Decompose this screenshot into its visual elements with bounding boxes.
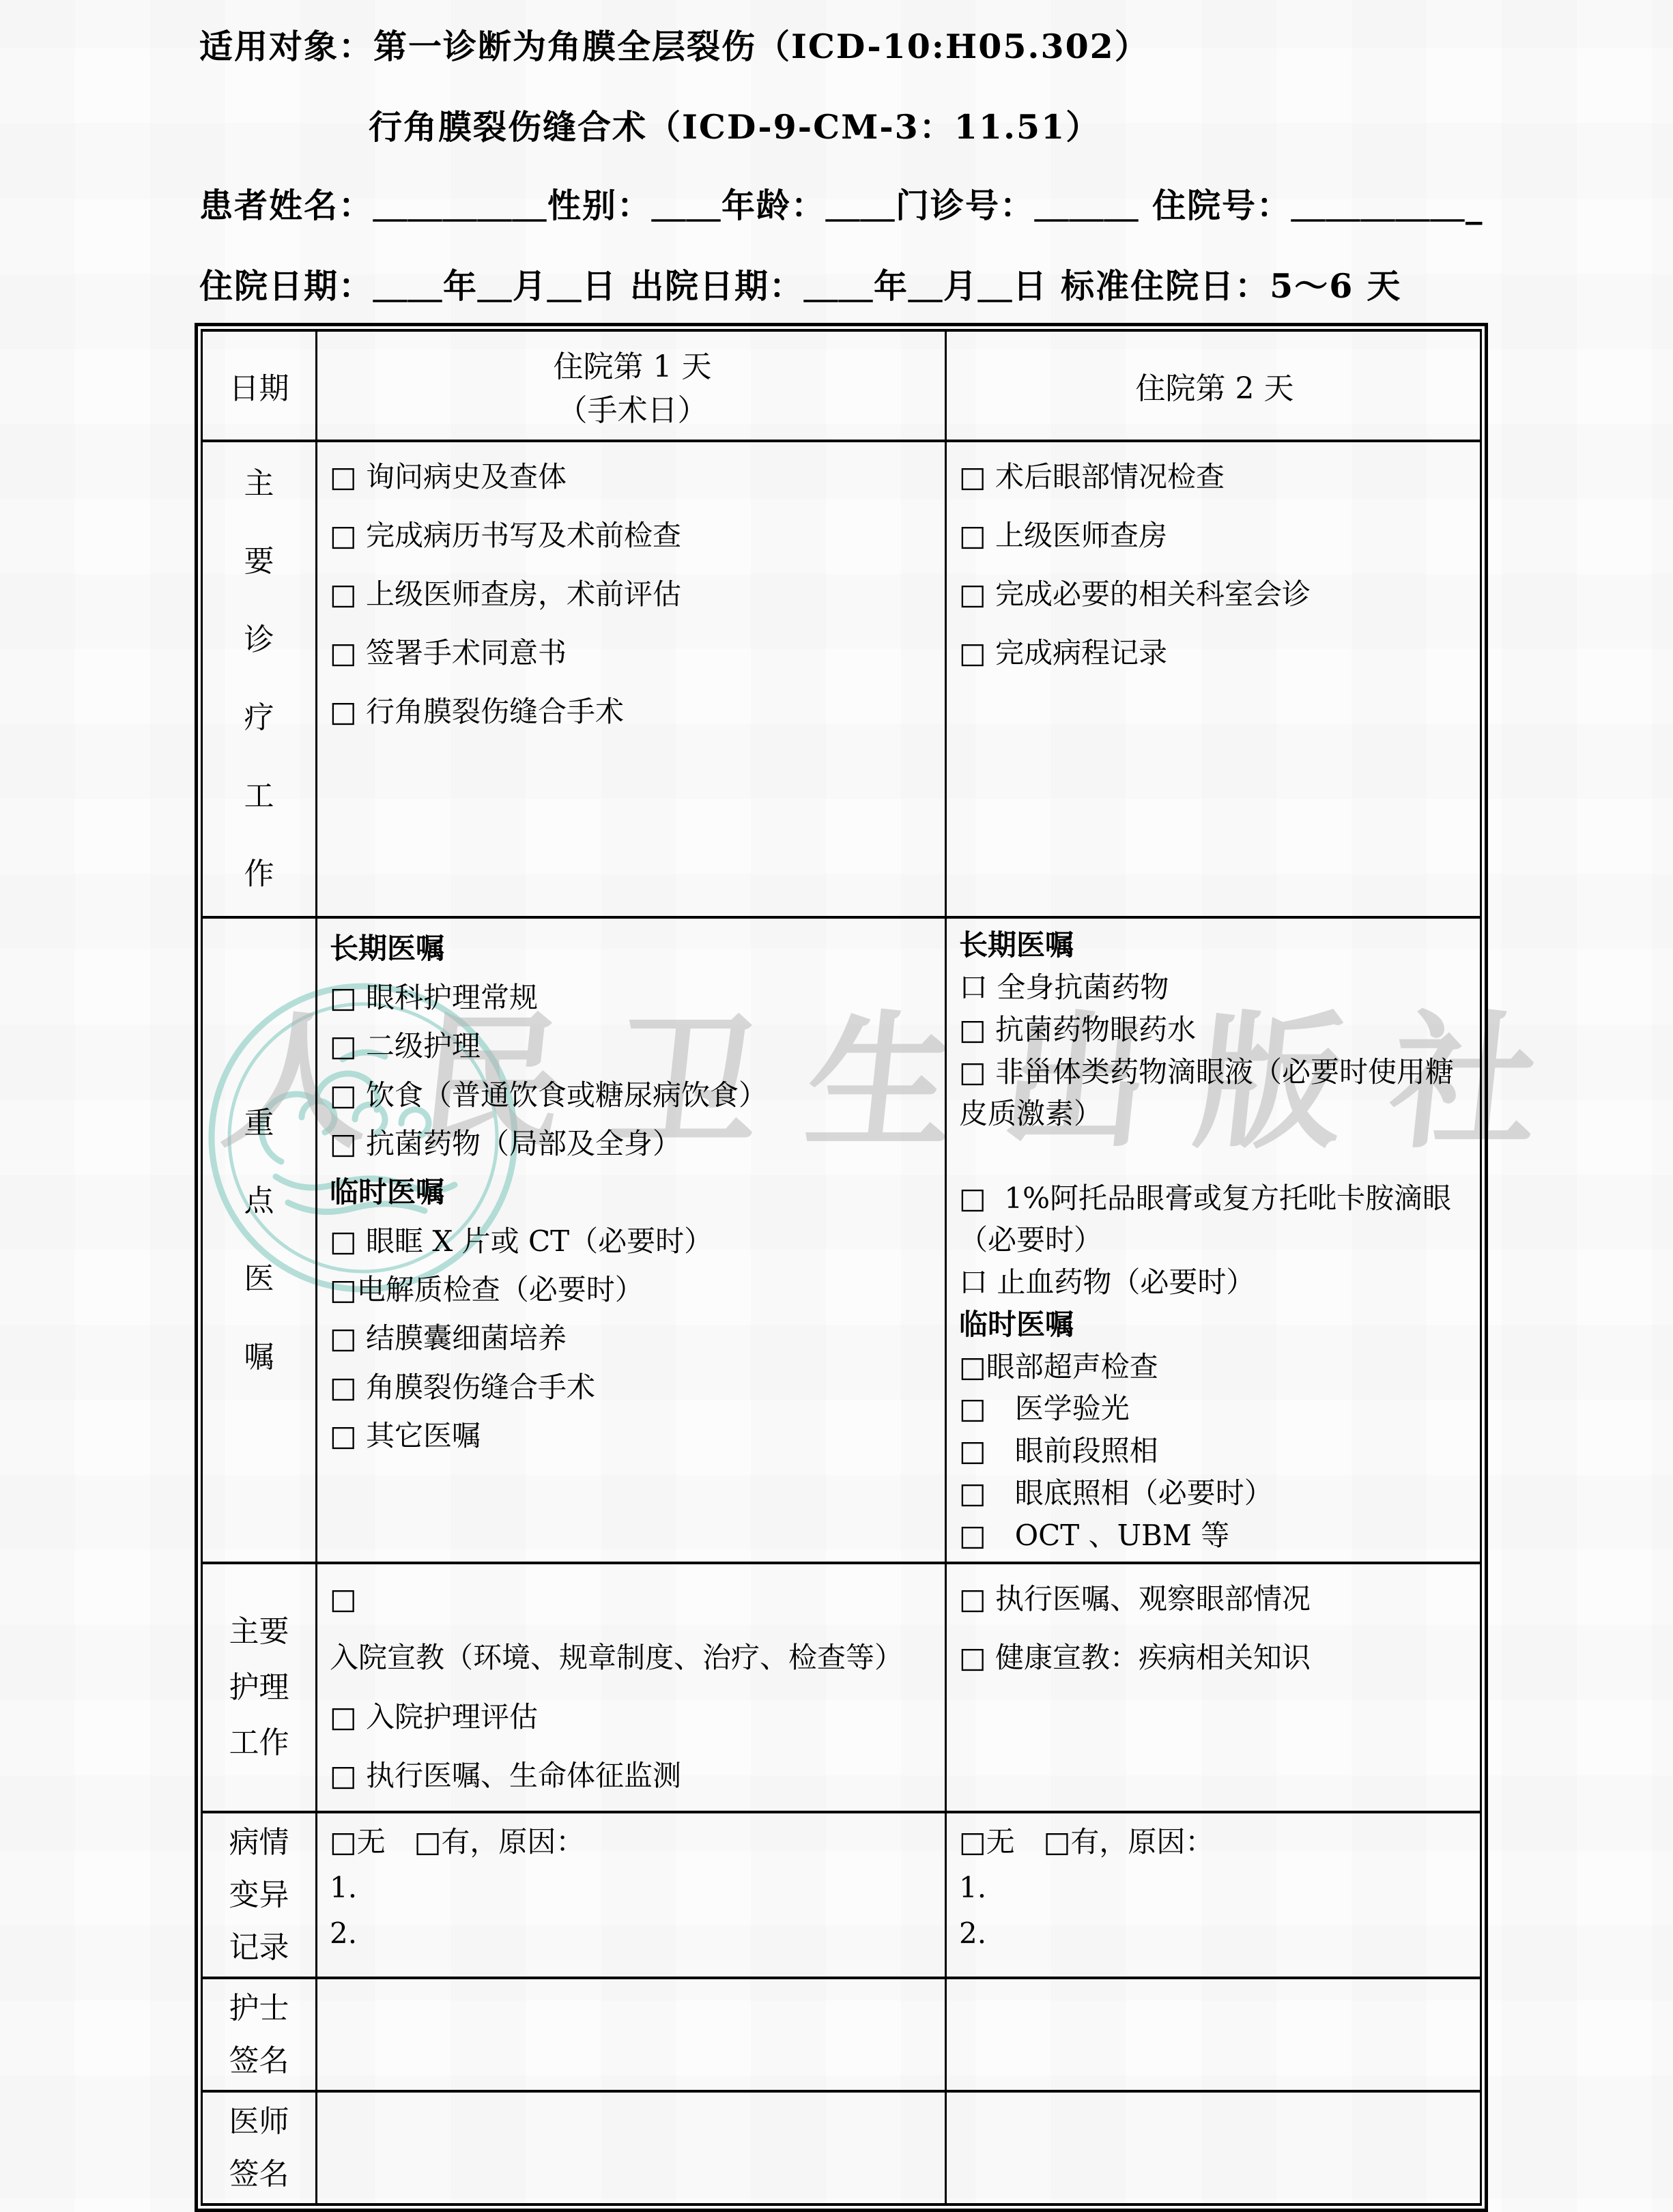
cell-main-treatment-day2: □ 术后眼部情况检查□ 上级医师查房□ 完成必要的相关科室会诊□ 完成病程记录 <box>946 441 1481 917</box>
checkbox-icon[interactable]: □ <box>959 1570 986 1628</box>
checklist-item: □无 □有，原因： <box>330 1819 935 1865</box>
cell-physician-signature-day2[interactable] <box>946 2091 1481 2204</box>
checklist-item: □ 执行医嘱、生命体征监测 <box>330 1747 935 1805</box>
checklist-item: □ 入院宣教（环境、规章制度、治疗、检查等） <box>330 1570 935 1687</box>
checkbox-icon[interactable]: □ <box>959 1346 986 1388</box>
row-label-main-treatment: 主 要 诊 疗 工 作 <box>202 441 317 917</box>
checkbox-icon[interactable]: □ <box>959 1430 986 1472</box>
checkbox-icon[interactable]: □ <box>330 1022 357 1070</box>
checkbox-icon[interactable]: □ <box>330 565 357 624</box>
checklist-item: □ 完成病历书写及术前检查 <box>330 506 935 565</box>
cell-key-orders-day1: 长期医嘱□ 眼科护理常规□ 二级护理□ 饮食（普通饮食或糖尿病饮食）□ 抗菌药物… <box>317 917 946 1563</box>
checkbox-icon[interactable]: □ <box>330 1819 357 1865</box>
checkbox-icon[interactable]: □ <box>959 448 986 506</box>
row-label-variation-record: 病情 变异 记录 <box>202 1812 317 1978</box>
checkbox-icon[interactable]: 口 <box>959 1261 988 1304</box>
checklist-item: 口 全身抗菌药物 <box>959 966 1470 1009</box>
checklist-item: □ 抗菌药物（局部及全身） <box>330 1119 935 1168</box>
checkbox-icon[interactable]: □ <box>959 1514 986 1557</box>
col-header-date: 日期 <box>202 330 317 441</box>
cell-main-treatment-day1: □ 询问病史及查体□ 完成病历书写及术前检查□ 上级医师查房，术前评估□ 签署手… <box>317 441 946 917</box>
cell-nurse-signature-day1[interactable] <box>317 1978 946 2091</box>
row-variation-record: 病情 变异 记录 □无 □有，原因：1.2. □无 □有，原因：1.2. <box>202 1812 1481 1978</box>
pathway-grid: 日期 住院第 1 天 （手术日） 住院第 2 天 主 要 诊 疗 工 作 □ 询… <box>201 329 1482 2206</box>
order-group-header: 长期医嘱 <box>330 924 935 973</box>
cell-key-orders-day2: 长期医嘱口 全身抗菌药物□ 抗菌药物眼药水□ 非甾体类药物滴眼液（必要时使用糖皮… <box>946 917 1481 1563</box>
checklist-item: □ 二级护理 <box>330 1022 935 1070</box>
row-label-nurse-signature: 护士 签名 <box>202 1978 317 2091</box>
order-group-header: 临时医嘱 <box>959 1304 1470 1346</box>
checkbox-icon[interactable]: □ <box>330 448 357 506</box>
checklist-item: □ 医学验光 <box>959 1388 1470 1430</box>
row-key-orders: 重 点 医 嘱 长期医嘱□ 眼科护理常规□ 二级护理□ 饮食（普通饮食或糖尿病饮… <box>202 917 1481 1563</box>
checklist-item: 1. <box>959 1865 1470 1910</box>
row-main-nursing: 主要 护理 工作 □ 入院宣教（环境、规章制度、治疗、检查等）□ 入院护理评估□… <box>202 1563 1481 1811</box>
checklist-item: □ 上级医师查房，术前评估 <box>330 565 935 624</box>
checklist-item: □ 术后眼部情况检查 <box>959 448 1470 506</box>
checklist-item: □ OCT 、UBM 等 <box>959 1514 1470 1557</box>
order-group-header: 临时医嘱 <box>330 1168 935 1216</box>
checkbox-icon[interactable]: □ <box>959 624 986 683</box>
clinical-pathway-table: 日期 住院第 1 天 （手术日） 住院第 2 天 主 要 诊 疗 工 作 □ 询… <box>195 323 1488 2212</box>
checklist-item: 2. <box>959 1910 1470 1956</box>
row-label-physician-signature: 医师 签名 <box>202 2091 317 2204</box>
checklist-item: □ 完成病程记录 <box>959 624 1470 683</box>
checkbox-icon[interactable]: □ <box>959 1472 986 1514</box>
row-label-main-nursing: 主要 护理 工作 <box>202 1563 317 1811</box>
table-header-row: 日期 住院第 1 天 （手术日） 住院第 2 天 <box>202 330 1481 441</box>
checklist-item: □ 执行医嘱、观察眼部情况 <box>959 1570 1470 1628</box>
checklist-item: （必要时） <box>959 1219 1470 1261</box>
checklist-item: □电解质检查（必要时） <box>330 1265 935 1314</box>
checkbox-icon[interactable]: □ <box>330 973 357 1022</box>
col-header-day2: 住院第 2 天 <box>946 330 1481 441</box>
checklist-item: □无 □有，原因： <box>959 1819 1470 1865</box>
checklist-item: □ 抗菌药物眼药水 <box>959 1009 1470 1051</box>
checkbox-icon[interactable]: □ <box>959 1819 986 1865</box>
checkbox-icon[interactable]: □ <box>330 1688 357 1747</box>
checklist-item: □ 行角膜裂伤缝合手术 <box>330 683 935 741</box>
checklist-item <box>959 1135 1470 1177</box>
checkbox-icon[interactable]: □ <box>330 1363 357 1411</box>
cell-variation-day1: □无 □有，原因：1.2. <box>317 1812 946 1978</box>
checklist-item: □ 结膜囊细菌培养 <box>330 1314 935 1362</box>
row-nurse-signature: 护士 签名 <box>202 1978 1481 2091</box>
checklist-item: □ 眼底照相（必要时） <box>959 1472 1470 1514</box>
patient-info-line: 患者姓名：＿＿＿＿＿性别：＿＿年龄：＿＿门诊号：＿＿＿ 住院号：＿＿＿＿＿_ <box>199 179 1484 227</box>
cell-nurse-signature-day2[interactable] <box>946 1978 1481 2091</box>
checkbox-icon[interactable]: □ <box>959 1051 986 1093</box>
checklist-item: □ 1%阿托品眼膏或复方托吡卡胺滴眼 <box>959 1177 1470 1220</box>
checklist-item: □ 眼科护理常规 <box>330 973 935 1022</box>
checklist-item: 皮质激素） <box>959 1093 1470 1135</box>
checkbox-icon[interactable]: □ <box>959 1177 986 1220</box>
checkbox-icon[interactable]: □ <box>330 1265 357 1314</box>
checkbox-icon[interactable]: 口 <box>959 966 988 1009</box>
checkbox-icon[interactable]: □ <box>959 506 986 565</box>
checkbox-icon[interactable]: □ <box>330 1747 357 1805</box>
checkbox-icon[interactable]: □ <box>959 1009 986 1051</box>
checkbox-icon[interactable]: □ <box>330 506 357 565</box>
checkbox-icon[interactable]: □ <box>330 1071 357 1119</box>
checkbox-icon[interactable]: □ <box>330 1119 357 1168</box>
col-header-day1: 住院第 1 天 （手术日） <box>317 330 946 441</box>
checklist-item: □ 上级医师查房 <box>959 506 1470 565</box>
checkbox-icon[interactable]: □ <box>330 1411 357 1460</box>
row-main-treatment: 主 要 诊 疗 工 作 □ 询问病史及查体□ 完成病历书写及术前检查□ 上级医师… <box>202 441 1481 917</box>
row-physician-signature: 医师 签名 <box>202 2091 1481 2204</box>
checkbox-icon[interactable]: □ <box>330 683 357 741</box>
checklist-item: □眼部超声检查 <box>959 1346 1470 1388</box>
checklist-item: □ 完成必要的相关科室会诊 <box>959 565 1470 624</box>
title-line-primary-diagnosis: 适用对象：第一诊断为角膜全层裂伤（ICD-10:H05.302） <box>199 20 1149 68</box>
checklist-item: □ 入院护理评估 <box>330 1688 935 1747</box>
checklist-item: 2. <box>330 1910 935 1956</box>
cell-physician-signature-day1[interactable] <box>317 2091 946 2204</box>
checklist-item: □ 角膜裂伤缝合手术 <box>330 1363 935 1411</box>
checklist-item: □ 眼前段照相 <box>959 1430 1470 1472</box>
cell-main-nursing-day1: □ 入院宣教（环境、规章制度、治疗、检查等）□ 入院护理评估□ 执行医嘱、生命体… <box>317 1563 946 1811</box>
checkbox-icon[interactable]: □ <box>330 1217 357 1265</box>
order-group-header: 长期医嘱 <box>959 924 1470 966</box>
admission-dates-line: 住院日期：＿＿年＿月＿日 出院日期：＿＿年＿月＿日 标准住院日：5～6 天 <box>199 260 1401 308</box>
row-label-key-orders: 重 点 医 嘱 <box>202 917 317 1563</box>
checklist-item: 口 止血药物（必要时） <box>959 1261 1470 1304</box>
checkbox-icon[interactable]: □ <box>959 1628 986 1687</box>
checkbox-icon[interactable]: □ <box>959 565 986 624</box>
cell-main-nursing-day2: □ 执行医嘱、观察眼部情况□ 健康宣教：疾病相关知识 <box>946 1563 1481 1811</box>
checklist-item: □ 饮食（普通饮食或糖尿病饮食） <box>330 1071 935 1119</box>
checkbox-icon[interactable]: □ <box>959 1388 986 1430</box>
checkbox-icon[interactable]: □ <box>330 624 357 683</box>
title-line-procedure: 行角膜裂伤缝合术（ICD-9-CM-3：11.51） <box>369 101 1100 149</box>
checklist-item: □ 签署手术同意书 <box>330 624 935 683</box>
cell-variation-day2: □无 □有，原因：1.2. <box>946 1812 1481 1978</box>
checklist-item: □ 询问病史及查体 <box>330 448 935 506</box>
checklist-item: □ 非甾体类药物滴眼液（必要时使用糖 <box>959 1051 1470 1093</box>
checklist-item: 1. <box>330 1865 935 1910</box>
checklist-item: □ 其它医嘱 <box>330 1411 935 1460</box>
checklist-item: □ 健康宣教：疾病相关知识 <box>959 1628 1470 1687</box>
checkbox-icon[interactable]: □ <box>330 1314 357 1362</box>
checklist-item: □ 眼眶 X 片或 CT（必要时） <box>330 1217 935 1265</box>
checkbox-icon[interactable]: □ <box>330 1570 357 1628</box>
